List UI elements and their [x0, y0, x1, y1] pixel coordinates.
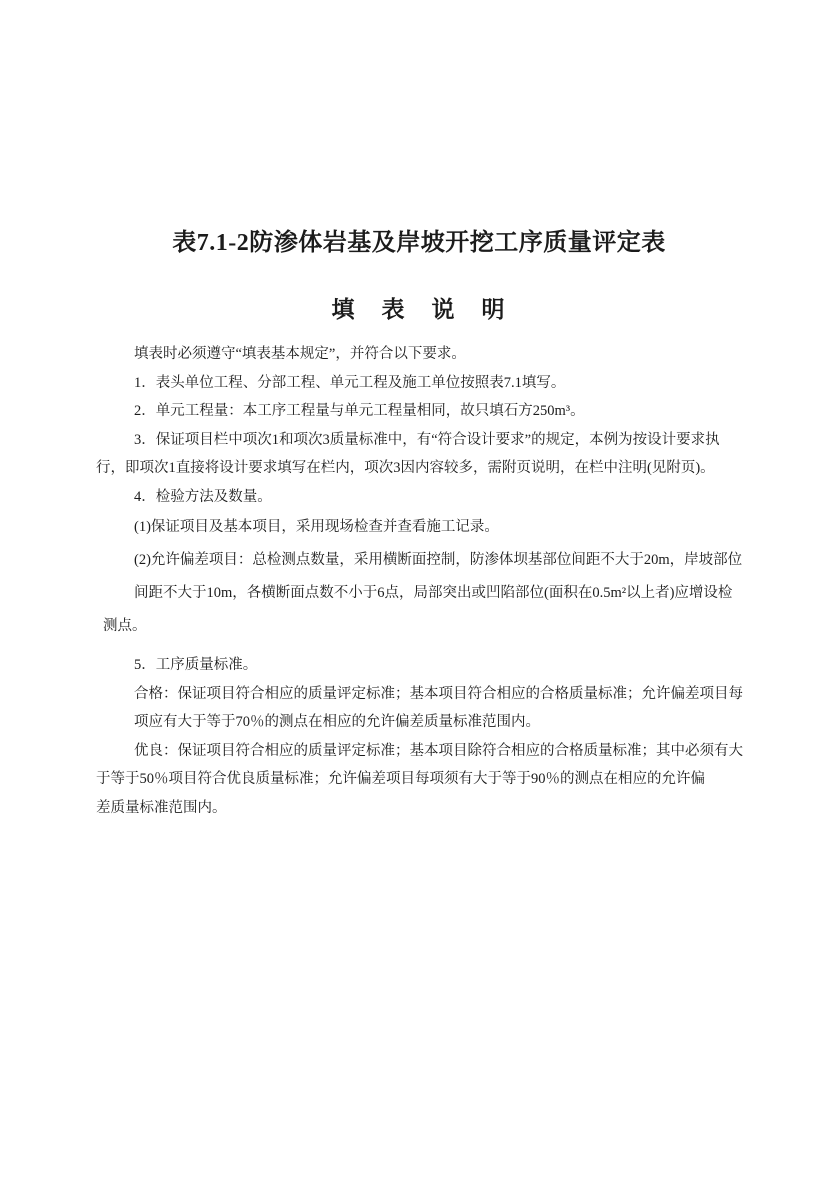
body-line: 5．工序质量标准。	[96, 651, 776, 680]
body-line: 间距不大于10m，各横断面点数不小于6点，局部突出或凹陷部位(面积在0.5m²以…	[96, 577, 776, 610]
body-line: 优良：保证项目符合相应的质量评定标准；基本项目除符合相应的合格质量标准；其中必须…	[96, 737, 776, 766]
body-line: 3．保证项目栏中项次1和项次3质量标准中，有“符合设计要求”的规定，本例为按设计…	[96, 426, 776, 455]
body-line: 测点。	[96, 610, 776, 643]
body-line: 1．表头单位工程、分部工程、单元工程及施工单位按照表7.1填写。	[96, 369, 776, 398]
body-line: 4．检验方法及数量。	[96, 483, 776, 512]
body-line: (2)允许偏差项目：总检测点数量，采用横断面控制，防渗体坝基部位间距不大于20m…	[96, 544, 776, 577]
body-line: 于等于50％项目符合优良质量标准；允许偏差项目每项须有大于等于90％的测点在相应…	[96, 765, 776, 794]
document-page: { "document": { "title": "表7.1-2防渗体岩基及岸坡…	[0, 0, 838, 1186]
body-line: 行，即项次1直接将设计要求填写在栏内，项次3因内容较多，需附页说明，在栏中注明(…	[96, 454, 776, 483]
section-heading: 填 表 说 明	[0, 291, 838, 324]
body-line: 填表时必须遵守“填表基本规定”，并符合以下要求。	[96, 340, 776, 369]
body-line: 合格：保证项目符合相应的质量评定标准；基本项目符合相应的合格质量标准；允许偏差项…	[96, 680, 776, 709]
page-title: 表7.1-2防渗体岩基及岸坡开挖工序质量评定表	[0, 222, 838, 257]
body-text: 填表时必须遵守“填表基本规定”，并符合以下要求。 1．表头单位工程、分部工程、单…	[96, 340, 776, 822]
body-line: 差质量标准范围内。	[96, 794, 776, 823]
body-line: 项应有大于等于70％的测点在相应的允许偏差质量标准范围内。	[96, 708, 776, 737]
body-line: (1)保证项目及基本项目，采用现场检查并查看施工记录。	[96, 511, 776, 544]
body-line: 2．单元工程量：本工序工程量与单元工程量相同，故只填石方250m³。	[96, 397, 776, 426]
